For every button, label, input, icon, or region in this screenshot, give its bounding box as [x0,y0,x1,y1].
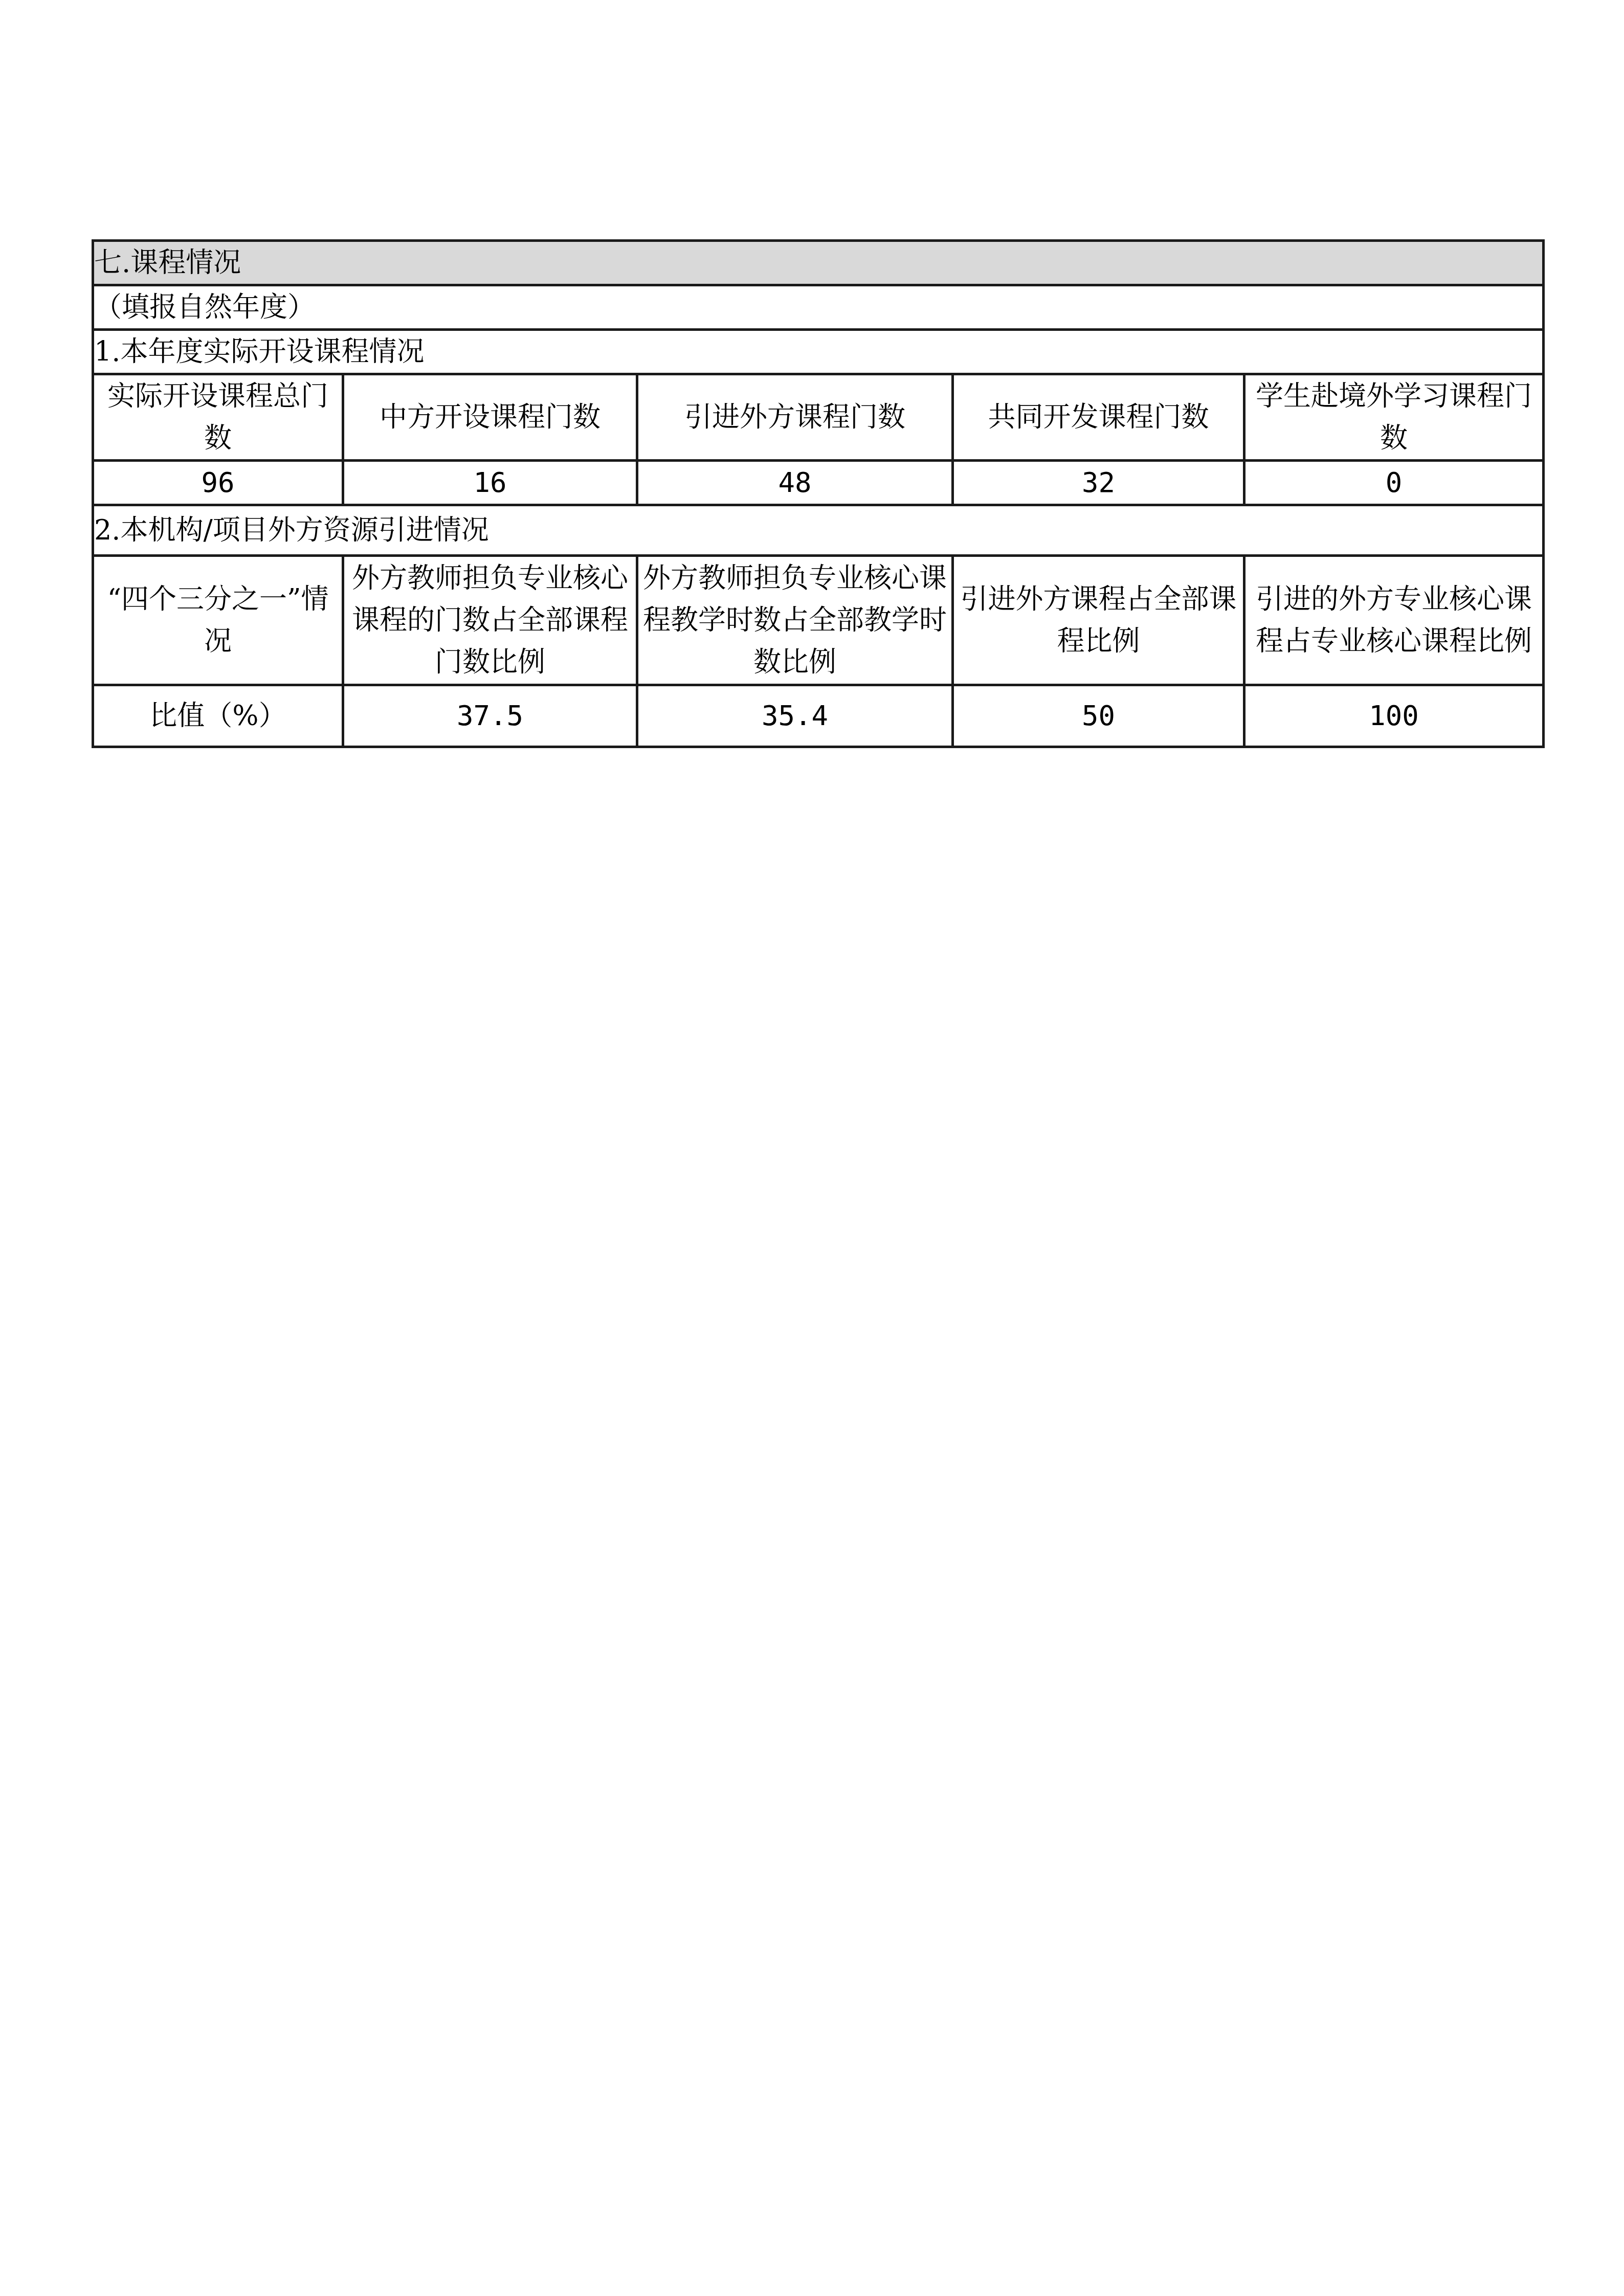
header-imported-course-ratio: 引进外方课程占全部课程比例 [953,556,1244,685]
header-chinese-courses: 中方开设课程门数 [343,374,637,461]
ratio-row-label: 比值（%） [93,685,343,747]
header-imported-core-ratio: 引进的外方专业核心课程占专业核心课程比例 [1244,556,1544,685]
part1-header-row: 实际开设课程总门数 中方开设课程门数 引进外方课程门数 共同开发课程门数 学生赴… [93,374,1544,461]
part1-title-row: 1.本年度实际开设课程情况 [93,330,1544,374]
value-imported-core-ratio: 100 [1244,685,1544,747]
value-joint-courses: 32 [953,461,1244,505]
note-row: （填报自然年度） [93,285,1544,330]
part2-title-row: 2.本机构/项目外方资源引进情况 [93,505,1544,556]
part1-title: 1.本年度实际开设课程情况 [93,330,1544,374]
document-page: 七.课程情况 （填报自然年度） 1.本年度实际开设课程情况 实际开设课程总门数 … [0,0,1624,2296]
part2-title: 2.本机构/项目外方资源引进情况 [93,505,1544,556]
header-imported-courses: 引进外方课程门数 [637,374,953,461]
part1-values-row: 96 16 48 32 0 [93,461,1544,505]
course-situation-table: 七.课程情况 （填报自然年度） 1.本年度实际开设课程情况 实际开设课程总门数 … [92,239,1545,748]
part2-header-row: “四个三分之一”情况 外方教师担负专业核心课程的门数占全部课程门数比例 外方教师… [93,556,1544,685]
value-foreign-teacher-course-ratio: 37.5 [343,685,637,747]
value-chinese-courses: 16 [343,461,637,505]
header-total-courses: 实际开设课程总门数 [93,374,343,461]
value-total-courses: 96 [93,461,343,505]
section-title: 七.课程情况 [93,241,1544,285]
header-four-one-thirds: “四个三分之一”情况 [93,556,343,685]
value-imported-courses: 48 [637,461,953,505]
value-imported-course-ratio: 50 [953,685,1244,747]
value-abroad-courses: 0 [1244,461,1544,505]
reporting-period-note: （填报自然年度） [93,285,1544,330]
header-joint-courses: 共同开发课程门数 [953,374,1244,461]
section-title-row: 七.课程情况 [93,241,1544,285]
value-foreign-teacher-hours-ratio: 35.4 [637,685,953,747]
header-foreign-teacher-hours-ratio: 外方教师担负专业核心课程教学时数占全部教学时数比例 [637,556,953,685]
header-foreign-teacher-course-ratio: 外方教师担负专业核心课程的门数占全部课程门数比例 [343,556,637,685]
part2-values-row: 比值（%） 37.5 35.4 50 100 [93,685,1544,747]
header-abroad-courses: 学生赴境外学习课程门数 [1244,374,1544,461]
